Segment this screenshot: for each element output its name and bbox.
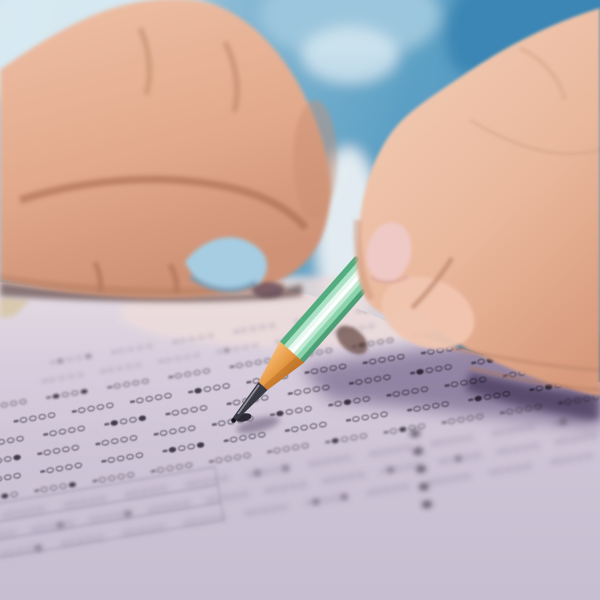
graphite-point [231,418,236,423]
scene-photo [0,0,600,600]
photo-stage: Close-up photograph of a student's hands… [0,0,600,600]
